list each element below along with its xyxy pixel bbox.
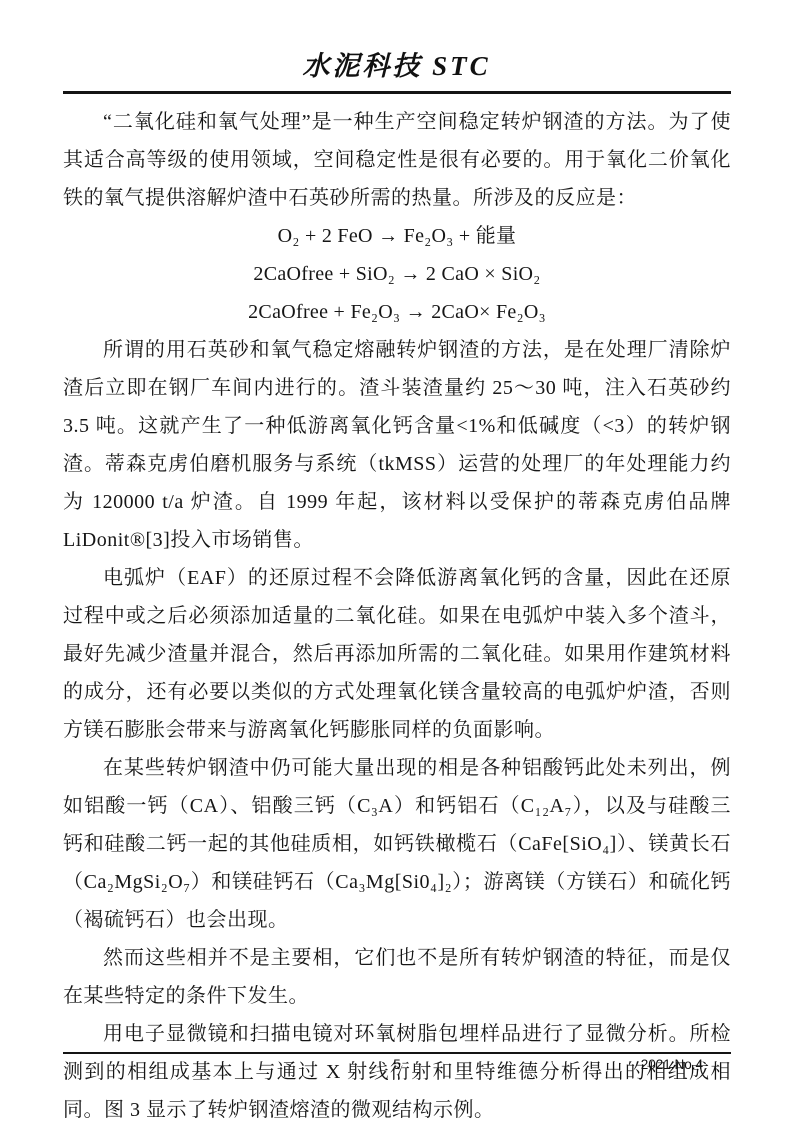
chemical-equation: 2CaOfree + SiO₂ → 2 CaO × SiO₂ — [63, 255, 731, 293]
document-page: 水泥科技 STC “二氧化硅和氧气处理”是一种生产空间稳定转炉钢渣的方法。为了使… — [0, 0, 793, 1122]
issue-label: 2021.No.4 — [641, 1057, 703, 1072]
paragraph: 然而这些相并不是主要相，它们也不是所有转炉钢渣的特征，而是仅在某些特定的条件下发… — [63, 939, 731, 1015]
footer-divider — [63, 1052, 731, 1054]
paragraph: 在某些转炉钢渣中仍可能大量出现的相是各种铝酸钙此处未列出，例如铝酸一钙（CA）、… — [63, 749, 731, 939]
paragraph: 所谓的用石英砂和氧气稳定熔融转炉钢渣的方法，是在处理厂清除炉渣后立即在钢厂车间内… — [63, 331, 731, 559]
equation-block: O₂ + 2 FeO → Fe₂O₃ + 能量 2CaOfree + SiO₂ … — [63, 217, 731, 331]
chemical-equation: 2CaOfree + Fe₂O₃ → 2CaO× Fe₂O₃ — [63, 293, 731, 331]
document-body: “二氧化硅和氧气处理”是一种生产空间稳定转炉钢渣的方法。为了使其适合高等级的使用… — [63, 103, 731, 1122]
page-footer: 5 2021.No.4 — [63, 1052, 731, 1079]
journal-title: 水泥科技 STC — [302, 51, 490, 81]
paragraph: 电弧炉（EAF）的还原过程不会降低游离氧化钙的含量，因此在还原过程中或之后必须添… — [63, 559, 731, 749]
page-header: 水泥科技 STC — [0, 0, 793, 83]
header-divider — [63, 91, 731, 94]
chemical-equation: O₂ + 2 FeO → Fe₂O₃ + 能量 — [63, 217, 731, 255]
paragraph: “二氧化硅和氧气处理”是一种生产空间稳定转炉钢渣的方法。为了使其适合高等级的使用… — [63, 103, 731, 217]
page-number: 5 — [63, 1057, 731, 1072]
footer-content: 5 2021.No.4 — [63, 1057, 731, 1079]
